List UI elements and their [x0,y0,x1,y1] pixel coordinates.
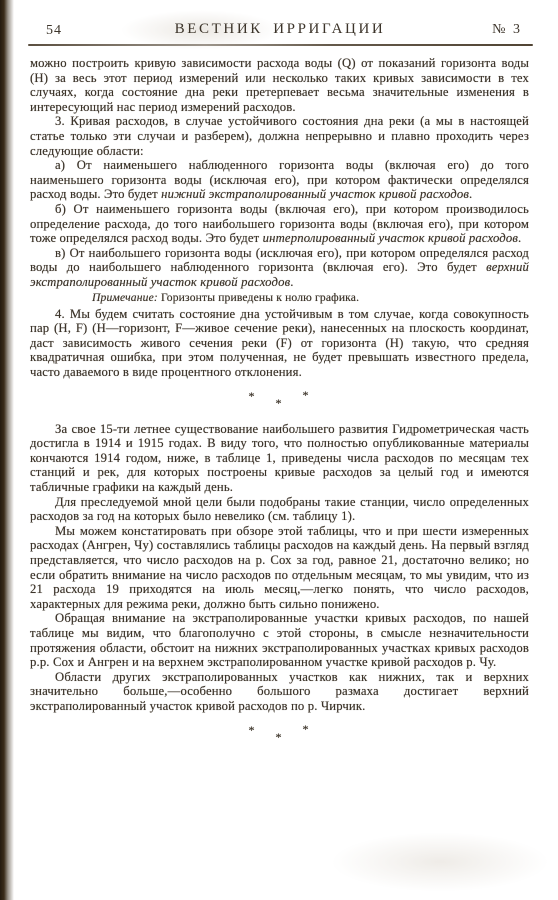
asterisk-ornament: * [249,723,255,738]
paragraph: Для преследуемой мной цели были подобран… [30,495,529,524]
paragraph: в) От наибольшего горизонта воды (исключ… [30,246,529,290]
scanned-journal-page: 54 ВЕСТНИК ИРРИГАЦИИ № 3 можно построить… [0,0,558,900]
text-run: 3. Кривая расходов, в случае устойчивого… [30,114,529,157]
emphasized-text: нижний экстраполированный участок кривой… [161,187,469,201]
emphasized-text: Примечание: [92,291,158,304]
paragraph: можно построить кривую зависимости расхо… [30,56,529,114]
header-rule [28,44,533,46]
text-run: . [469,187,472,201]
paragraph: б) От наименьшего горизонта воды (включа… [30,202,529,246]
text-run: Обращая внимание на экстраполированные у… [30,611,529,669]
section-separator: *** [30,725,529,743]
section-separator: *** [30,391,529,409]
emphasized-text: интерполированный участок кривой расходо… [263,231,518,245]
text-run: Области других экстраполированных участк… [30,670,529,713]
text-run: . [290,275,293,289]
asterisk-ornament: * [303,722,309,737]
asterisk-ornament: * [276,730,282,745]
asterisk-ornament: * [303,388,309,403]
paragraph: а) От наименьшего наблюденного горизонта… [30,158,529,202]
footnote: Примечание: Горизонты приведены к нолю г… [30,291,529,305]
paper-stain [330,832,550,892]
paragraph: За свое 15-ти летнее существование наибо… [30,422,529,495]
asterisk-ornament: * [276,396,282,411]
article-body: можно построить кривую зависимости расхо… [30,56,529,756]
text-run: За свое 15-ти летнее существование наибо… [30,422,529,494]
book-gutter-shadow [0,0,14,900]
paragraph: 3. Кривая расходов, в случае устойчивого… [30,114,529,158]
asterisk-ornament: * [249,389,255,404]
paragraph: 4. Мы будем считать состояние дна устойч… [30,307,529,380]
page-header: 54 ВЕСТНИК ИРРИГАЦИИ № 3 [28,21,532,43]
paragraph: Мы можем констатировать при обзоре этой … [30,524,529,612]
issue-number: № 3 [492,22,522,38]
text-run: Для преследуемой мной цели были подобран… [30,495,529,524]
text-run: Мы можем констатировать при обзоре этой … [30,524,529,611]
text-run: . [518,231,521,245]
text-run: Горизонты приведены к нолю графика. [158,291,359,304]
text-run: в) От наибольшего горизонта воды (исключ… [30,246,529,275]
text-run: можно построить кривую зависимости расхо… [30,56,529,114]
paragraph: Обращая внимание на экстраполированные у… [30,611,529,669]
text-run: 4. Мы будем считать состояние дна устойч… [30,307,529,379]
paragraph: Области других экстраполированных участк… [30,670,529,714]
journal-title: ВЕСТНИК ИРРИГАЦИИ [28,21,532,38]
